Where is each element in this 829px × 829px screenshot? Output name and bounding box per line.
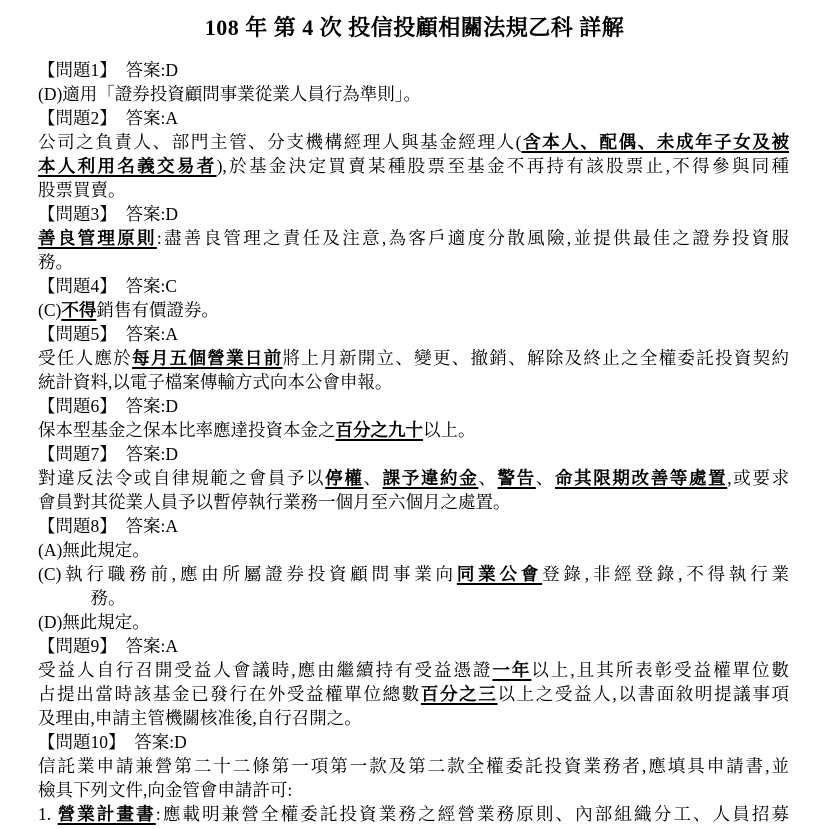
document-line: 【問題8】 答案:A bbox=[38, 514, 789, 538]
text-run: 【問題10】 答案:D bbox=[38, 732, 187, 752]
text-run: 務。 bbox=[38, 252, 73, 272]
text-run: 【問題7】 答案:D bbox=[38, 444, 178, 464]
document-line: 對違反法令或自律規範之會員予以停權、課予違約金、警告、命其限期改善等處置,或要求 bbox=[38, 466, 789, 490]
page-title: 108 年 第 4 次 投信投顧相關法規乙科 詳解 bbox=[0, 12, 829, 44]
text-run: 【問題9】 答案:A bbox=[38, 636, 178, 656]
text-run: 以上。 bbox=[423, 420, 476, 440]
document-line: 信託業申請兼營第二十二條第一項第一款及第二款全權委託投資業務者,應填具申請書,並 bbox=[38, 754, 789, 778]
text-run: 【問題1】 答案:D bbox=[38, 60, 178, 80]
text-run: 以上之受益人,以書面敘明提議事項 bbox=[497, 684, 789, 704]
text-run: 、 bbox=[478, 468, 497, 488]
document-line: 【問題10】 答案:D bbox=[38, 730, 789, 754]
document-line: (D)無此規定。 bbox=[38, 610, 789, 634]
text-run: (C)執行職務前,應由所屬證券投資顧問事業向 bbox=[38, 564, 457, 584]
document-line: 公司之負責人、部門主管、分支機構經理人與基金經理人(含本人、配偶、未成年子女及被 bbox=[38, 130, 789, 154]
text-run: ,或要求 bbox=[727, 468, 789, 488]
emphasized-text: 含本人、配偶、未成年子女及被 bbox=[522, 132, 790, 152]
document-page: 108 年 第 4 次 投信投顧相關法規乙科 詳解 【問題1】 答案:D(D)適… bbox=[0, 0, 829, 829]
document-line: 【問題1】 答案:D bbox=[38, 58, 789, 82]
document-line: 善良管理原則:盡善良管理之責任及注意,為客戶適度分散風險,並提供最佳之證券投資服 bbox=[38, 226, 789, 250]
document-line: 【問題7】 答案:D bbox=[38, 442, 789, 466]
text-run: 股票買賣。 bbox=[38, 180, 126, 200]
document-line: 占提出當時該基金已發行在外受益權單位總數百分之三以上之受益人,以書面敘明提議事項 bbox=[38, 682, 789, 706]
text-run: 將上月新開立、變更、撤銷、解除及終止之全權委託投資契約 bbox=[283, 348, 790, 368]
text-run: 【問題6】 答案:D bbox=[38, 396, 178, 416]
text-run: 1. bbox=[38, 804, 58, 824]
emphasized-text: 課予違約金 bbox=[383, 468, 479, 488]
document-line: (C)不得銷售有價證券。 bbox=[38, 298, 789, 322]
emphasized-text: 停權 bbox=[325, 468, 363, 488]
document-line: 務。 bbox=[38, 586, 789, 610]
text-run: 及理由,申請主管機關核准後,自行召開之。 bbox=[38, 708, 362, 728]
text-run: (D)適用「證券投資顧問事業從業人員行為準則」。 bbox=[38, 84, 421, 104]
text-run: 公司之負責人、部門主管、分支機構經理人與基金經理人( bbox=[38, 132, 522, 152]
emphasized-text: 不得 bbox=[61, 300, 96, 320]
text-run: (D)無此規定。 bbox=[38, 612, 150, 632]
text-run: (C) bbox=[38, 300, 61, 320]
text-run: 銷售有價證券。 bbox=[96, 300, 219, 320]
document-line: 【問題5】 答案:A bbox=[38, 322, 789, 346]
text-run: 會員對其從業人員予以暫停執行業務一個月至六個月之處置。 bbox=[38, 492, 511, 512]
emphasized-text: 一年 bbox=[492, 660, 531, 680]
document-body: 【問題1】 答案:D(D)適用「證券投資顧問事業從業人員行為準則」。【問題2】 … bbox=[38, 58, 789, 826]
emphasized-text: 百分之九十 bbox=[336, 420, 424, 440]
document-line: 務。 bbox=[38, 250, 789, 274]
document-line: 【問題2】 答案:A bbox=[38, 106, 789, 130]
document-line: 統計資料,以電子檔案傳輸方式向本公會申報。 bbox=[38, 370, 789, 394]
document-line: 及理由,申請主管機關核准後,自行召開之。 bbox=[38, 706, 789, 730]
document-line: 受益人自行召開受益人會議時,應由繼續持有受益憑證一年以上,且其所表彰受益權單位數 bbox=[38, 658, 789, 682]
document-line: (A)無此規定。 bbox=[38, 538, 789, 562]
text-run: 【問題5】 答案:A bbox=[38, 324, 178, 344]
document-line: 【問題9】 答案:A bbox=[38, 634, 789, 658]
document-line: (C)執行職務前,應由所屬證券投資顧問事業向同業公會登錄,非經登錄,不得執行業 bbox=[38, 562, 789, 586]
text-run: 【問題4】 答案:C bbox=[38, 276, 177, 296]
text-run: 、 bbox=[536, 468, 555, 488]
document-line: 【問題6】 答案:D bbox=[38, 394, 789, 418]
text-run: 保本型基金之保本比率應達投資本金之 bbox=[38, 420, 336, 440]
document-line: 1. 營業計畫書:應載明兼營全權委託投資業務之經營業務原則、內部組織分工、人員招… bbox=[38, 802, 789, 826]
document-line: 【問題4】 答案:C bbox=[38, 274, 789, 298]
emphasized-text: 本人利用名義交易者 bbox=[38, 156, 217, 176]
text-run: (A)無此規定。 bbox=[38, 540, 150, 560]
text-run: 登錄,非經登錄,不得執行業 bbox=[542, 564, 789, 584]
emphasized-text: 善良管理原則 bbox=[38, 228, 157, 248]
text-run: :應載明兼營全權委託投資業務之經營業務原則、內部組織分工、人員招募 bbox=[156, 804, 789, 824]
document-line: 受任人應於每月五個營業日前將上月新開立、變更、撤銷、解除及終止之全權委託投資契約 bbox=[38, 346, 789, 370]
text-run: 受益人自行召開受益人會議時,應由繼續持有受益憑證 bbox=[38, 660, 492, 680]
text-run: 對違反法令或自律規範之會員予以 bbox=[38, 468, 325, 488]
emphasized-text: 每月五個營業日前 bbox=[132, 348, 282, 368]
text-run: 統計資料,以電子檔案傳輸方式向本公會申報。 bbox=[38, 372, 392, 392]
document-line: 【問題3】 答案:D bbox=[38, 202, 789, 226]
text-run: 占提出當時該基金已發行在外受益權單位總數 bbox=[38, 684, 421, 704]
document-line: 會員對其從業人員予以暫停執行業務一個月至六個月之處置。 bbox=[38, 490, 789, 514]
text-run: 務。 bbox=[91, 588, 126, 608]
document-line: (D)適用「證券投資顧問事業從業人員行為準則」。 bbox=[38, 82, 789, 106]
document-line: 檢具下列文件,向金管會申請許可: bbox=[38, 778, 789, 802]
emphasized-text: 同業公會 bbox=[457, 564, 542, 584]
text-run: 受任人應於 bbox=[38, 348, 132, 368]
document-line: 保本型基金之保本比率應達投資本金之百分之九十以上。 bbox=[38, 418, 789, 442]
text-run: 檢具下列文件,向金管會申請許可: bbox=[38, 780, 292, 800]
emphasized-text: 營業計畫書 bbox=[58, 804, 156, 824]
text-run: 【問題3】 答案:D bbox=[38, 204, 178, 224]
text-run: :盡善良管理之責任及注意,為客戶適度分散風險,並提供最佳之證券投資服 bbox=[157, 228, 789, 248]
document-line: 股票買賣。 bbox=[38, 178, 789, 202]
text-run: 【問題8】 答案:A bbox=[38, 516, 178, 536]
document-line: 本人利用名義交易者),於基金決定買賣某種股票至基金不再持有該股票止,不得參與同種 bbox=[38, 154, 789, 178]
text-run: 信託業申請兼營第二十二條第一項第一款及第二款全權委託投資業務者,應填具申請書,並 bbox=[38, 756, 789, 776]
text-run: 、 bbox=[363, 468, 382, 488]
text-run: 【問題2】 答案:A bbox=[38, 108, 178, 128]
emphasized-text: 警告 bbox=[498, 468, 536, 488]
emphasized-text: 百分之三 bbox=[421, 684, 498, 704]
text-run: ),於基金決定買賣某種股票至基金不再持有該股票止,不得參與同種 bbox=[217, 156, 789, 176]
text-run: 以上,且其所表彰受益權單位數 bbox=[531, 660, 789, 680]
emphasized-text: 命其限期改善等處置 bbox=[555, 468, 727, 488]
